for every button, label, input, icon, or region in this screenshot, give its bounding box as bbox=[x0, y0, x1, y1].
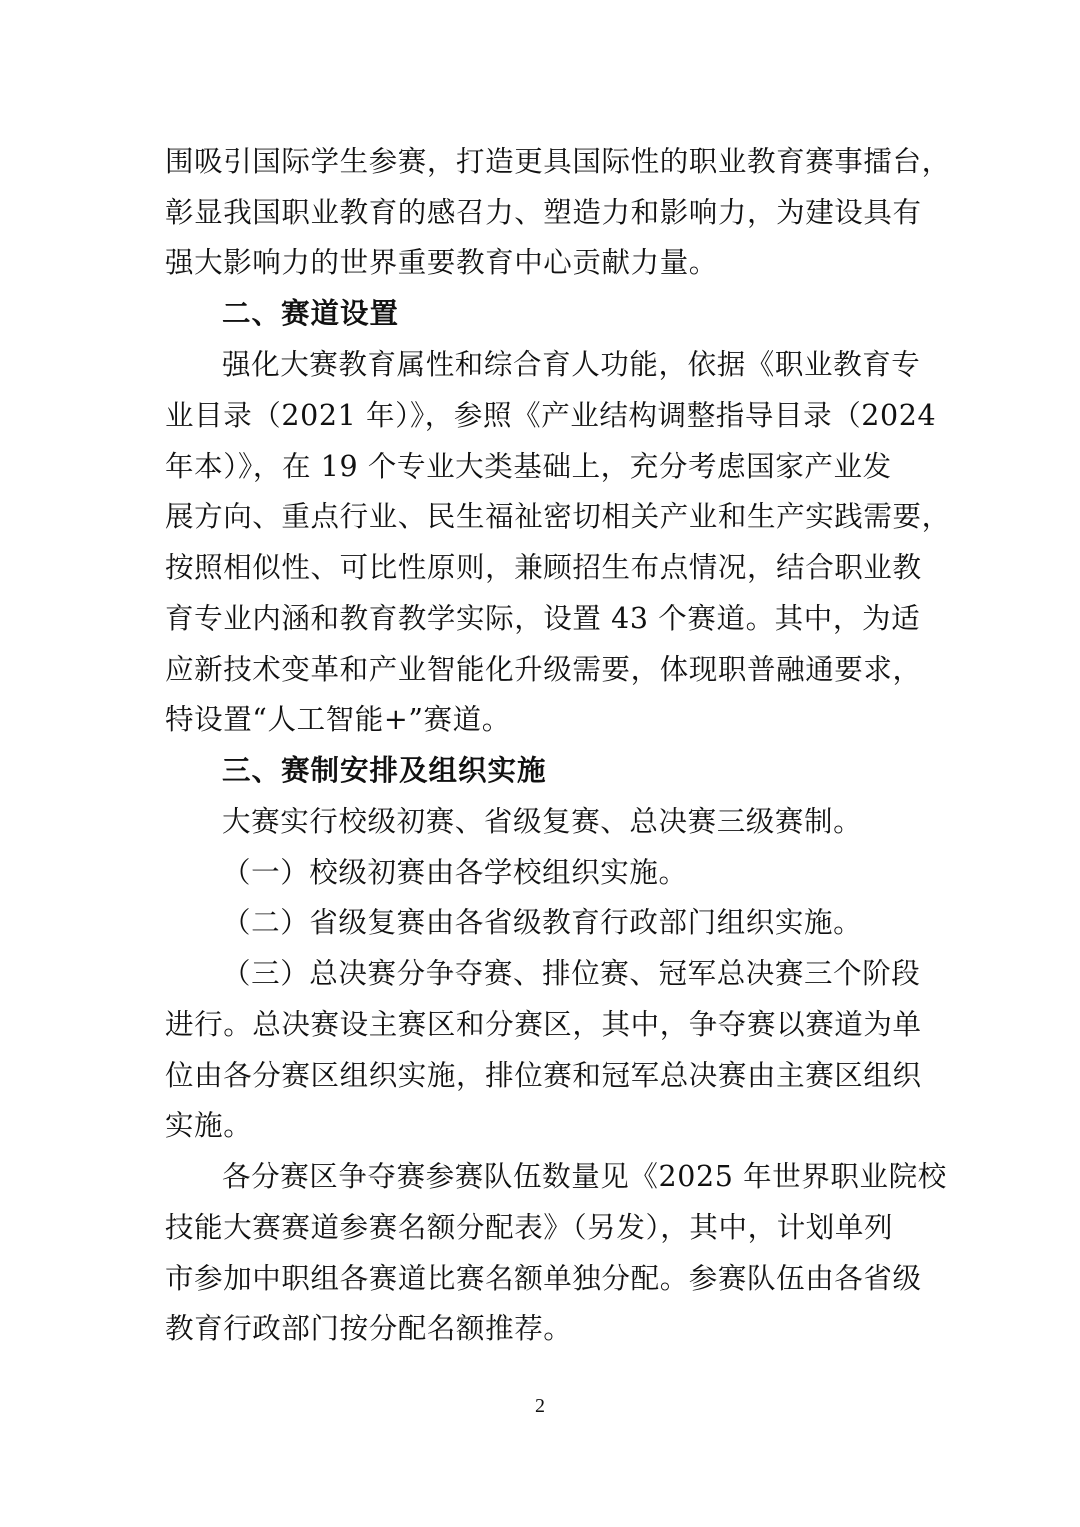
section-heading-competition-format: 三、赛制安排及组织实施 bbox=[222, 751, 982, 791]
body-line: 彰显我国职业教育的感召力、塑造力和影响力，为建设具有 bbox=[165, 193, 925, 233]
body-line: 育专业内涵和教育教学实际，设置 43 个赛道。其中，为适 bbox=[165, 599, 925, 639]
document-page: 围吸引国际学生参赛，打造更具国际性的职业教育赛事擂台， 彰显我国职业教育的感召力… bbox=[0, 0, 1080, 1527]
body-line: 实施。 bbox=[165, 1106, 925, 1146]
body-line: 技能大赛赛道参赛名额分配表》（另发），其中，计划单列 bbox=[165, 1208, 925, 1248]
body-line: 按照相似性、可比性原则，兼顾招生布点情况，结合职业教 bbox=[165, 548, 925, 588]
body-line: 应新技术变革和产业智能化升级需要，体现职普融通要求， bbox=[165, 650, 925, 690]
list-item: （一）校级初赛由各学校组织实施。 bbox=[222, 853, 982, 893]
body-line: 市参加中职组各赛道比赛名额单独分配。参赛队伍由各省级 bbox=[165, 1259, 925, 1299]
body-line: 特设置“人工智能+”赛道。 bbox=[165, 700, 925, 740]
body-line: 年本）》，在 19 个专业大类基础上，充分考虑国家产业发 bbox=[165, 447, 925, 487]
body-line: 业目录（2021 年）》，参照《产业结构调整指导目录（2024 bbox=[165, 396, 925, 436]
list-item: （三）总决赛分争夺赛、排位赛、冠军总决赛三个阶段 bbox=[222, 954, 982, 994]
body-line: 教育行政部门按分配名额推荐。 bbox=[165, 1309, 925, 1349]
list-item: （二）省级复赛由各省级教育行政部门组织实施。 bbox=[222, 903, 982, 943]
body-line: 强大影响力的世界重要教育中心贡献力量。 bbox=[165, 243, 925, 283]
body-line: 进行。总决赛设主赛区和分赛区，其中，争夺赛以赛道为单 bbox=[165, 1005, 925, 1045]
body-line: 各分赛区争夺赛参赛队伍数量见《2025 年世界职业院校 bbox=[222, 1157, 982, 1197]
body-line: 围吸引国际学生参赛，打造更具国际性的职业教育赛事擂台， bbox=[165, 142, 925, 182]
body-line: 位由各分赛区组织实施，排位赛和冠军总决赛由主赛区组织 bbox=[165, 1056, 925, 1096]
section-heading-track-setup: 二、赛道设置 bbox=[222, 294, 982, 334]
body-line: 展方向、重点行业、民生福祉密切相关产业和生产实践需要， bbox=[165, 497, 925, 537]
page-number: 2 bbox=[0, 1395, 1080, 1418]
body-line: 大赛实行校级初赛、省级复赛、总决赛三级赛制。 bbox=[222, 802, 982, 842]
body-line: 强化大赛教育属性和综合育人功能，依据《职业教育专 bbox=[222, 345, 982, 385]
